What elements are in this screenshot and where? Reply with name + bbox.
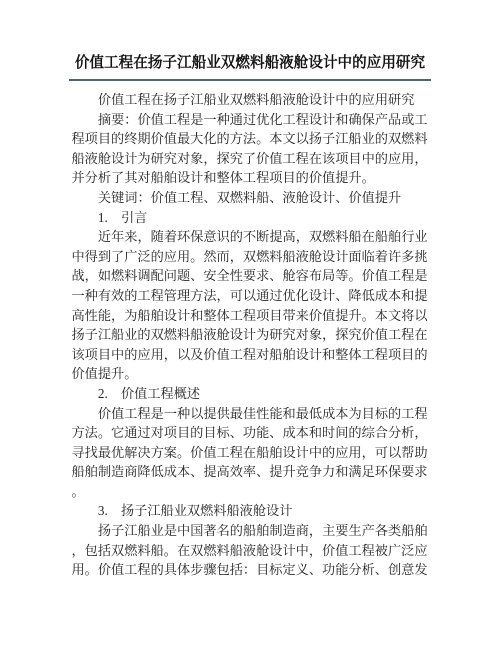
text-line: 价值工程在扬子江船业双燃料船液舱设计中的应用研究 xyxy=(72,90,429,110)
text-line: 近年来，随着环保意识的不断提高，双燃料船在船舶行业 xyxy=(72,227,429,247)
document-page: 价值工程在扬子江船业双燃料船液舱设计中的应用研究 价值工程在扬子江船业双燃料船液… xyxy=(0,0,500,647)
text-line: 用。价值工程的具体步骤包括：目标定义、功能分析、创意发 xyxy=(72,560,429,580)
text-line: 扬子江船业的双燃料船液舱设计为研究对象，探究价值工程在 xyxy=(72,325,429,345)
text-line: 高性能，为船舶设计和整体工程项目带来价值提升。本文将以 xyxy=(72,306,429,326)
text-line: 船舶制造商降低成本、提高效率、提升竞争力和满足环保要求 xyxy=(72,462,429,482)
text-line: 中得到了广泛的应用。然而，双燃料船液舱设计面临着许多挑 xyxy=(72,247,429,267)
text-line: 。 xyxy=(72,482,429,502)
text-line: 战，如燃料调配问题、安全性要求、舱容布局等。价值工程是 xyxy=(72,266,429,286)
document-title: 价值工程在扬子江船业双燃料船液舱设计中的应用研究 xyxy=(0,0,500,74)
text-line: ，包括双燃料船。在双燃料船液舱设计中，价值工程被广泛应 xyxy=(72,541,429,561)
text-line: 3. 扬子江船业双燃料船液舱设计 xyxy=(72,501,429,521)
text-line: 1. 引言 xyxy=(72,208,429,228)
text-line: 扬子江船业是中国著名的船舶制造商，主要生产各类船舶 xyxy=(72,521,429,541)
text-line: 关键词：价值工程、双燃料船、液舱设计、价值提升 xyxy=(72,188,429,208)
text-line: 2. 价值工程概述 xyxy=(72,384,429,404)
text-line: 摘要：价值工程是一种通过优化工程设计和确保产品或工 xyxy=(72,110,429,130)
document-body: 价值工程在扬子江船业双燃料船液舱设计中的应用研究摘要：价值工程是一种通过优化工程… xyxy=(72,90,429,580)
text-line: 价值工程是一种以提供最佳性能和最低成本为目标的工程 xyxy=(72,404,429,424)
text-line: 并分析了其对船舶设计和整体工程项目的价值提升。 xyxy=(72,168,429,188)
text-line: 船液舱设计为研究对象，探究了价值工程在该项目中的应用， xyxy=(72,149,429,169)
text-line: 方法。它通过对项目的目标、功能、成本和时间的综合分析， xyxy=(72,423,429,443)
text-line: 程项目的终期价值最大化的方法。本文以扬子江船业的双燃料 xyxy=(72,129,429,149)
text-line: 寻找最优解决方案。价值工程在船舶设计中的应用，可以帮助 xyxy=(72,443,429,463)
title-underline xyxy=(69,79,431,81)
text-line: 价值提升。 xyxy=(72,364,429,384)
text-line: 该项目中的应用，以及价值工程对船舶设计和整体工程项目的 xyxy=(72,345,429,365)
text-line: 一种有效的工程管理方法，可以通过优化设计、降低成本和提 xyxy=(72,286,429,306)
